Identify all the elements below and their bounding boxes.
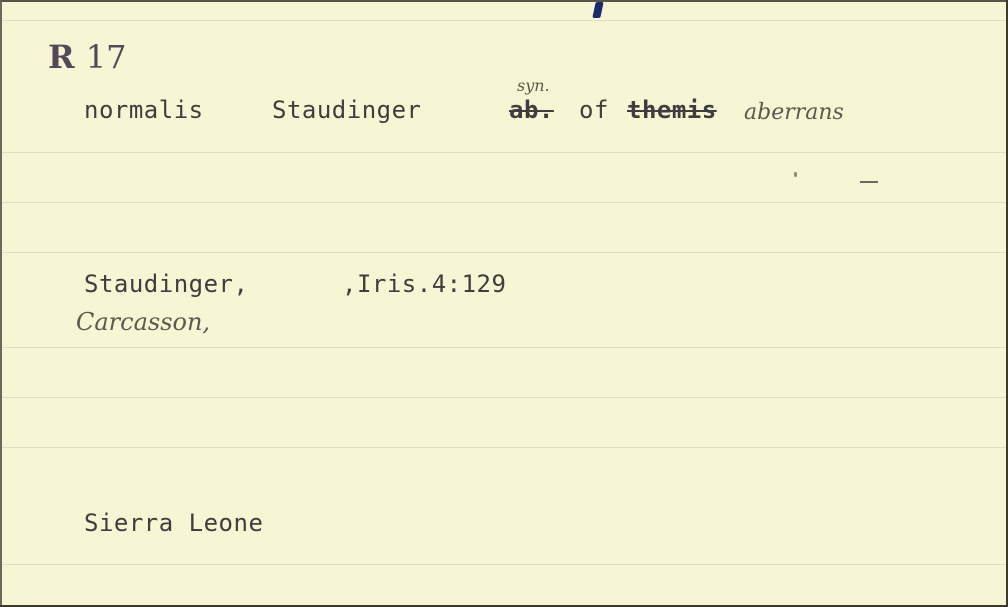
ruled-line [2, 252, 1006, 253]
handwritten-parent: aberrans [744, 100, 844, 125]
ruled-line [2, 564, 1006, 565]
ruled-line [2, 152, 1006, 153]
ruled-line [2, 202, 1006, 203]
pen-mark [592, 2, 603, 18]
struck-parent: themis [627, 96, 717, 124]
card-id-letter: R [48, 38, 75, 76]
locality: Sierra Leone [84, 509, 263, 537]
index-card: R 17 normalis Staudinger syn. ab. of the… [0, 0, 1006, 605]
reference-citation: ,Iris.4:129 [342, 270, 506, 298]
ruled-line [2, 397, 1006, 398]
reference-author: Staudinger, [84, 270, 248, 298]
handwritten-reference-note: Carcasson, [76, 308, 210, 336]
ruled-line [2, 347, 1006, 348]
taxon-name: normalis [84, 96, 204, 124]
card-id-number: 17 [86, 38, 127, 76]
struck-status: ab. [509, 96, 554, 124]
ruled-line [2, 20, 1006, 21]
stray-mark [794, 172, 797, 177]
card-id: R 17 [48, 38, 126, 76]
ruled-line [2, 447, 1006, 448]
handwritten-syn: syn. [517, 76, 550, 95]
taxon-author: Staudinger [272, 96, 422, 124]
stray-dash [860, 181, 878, 183]
of-text: of [579, 96, 609, 124]
